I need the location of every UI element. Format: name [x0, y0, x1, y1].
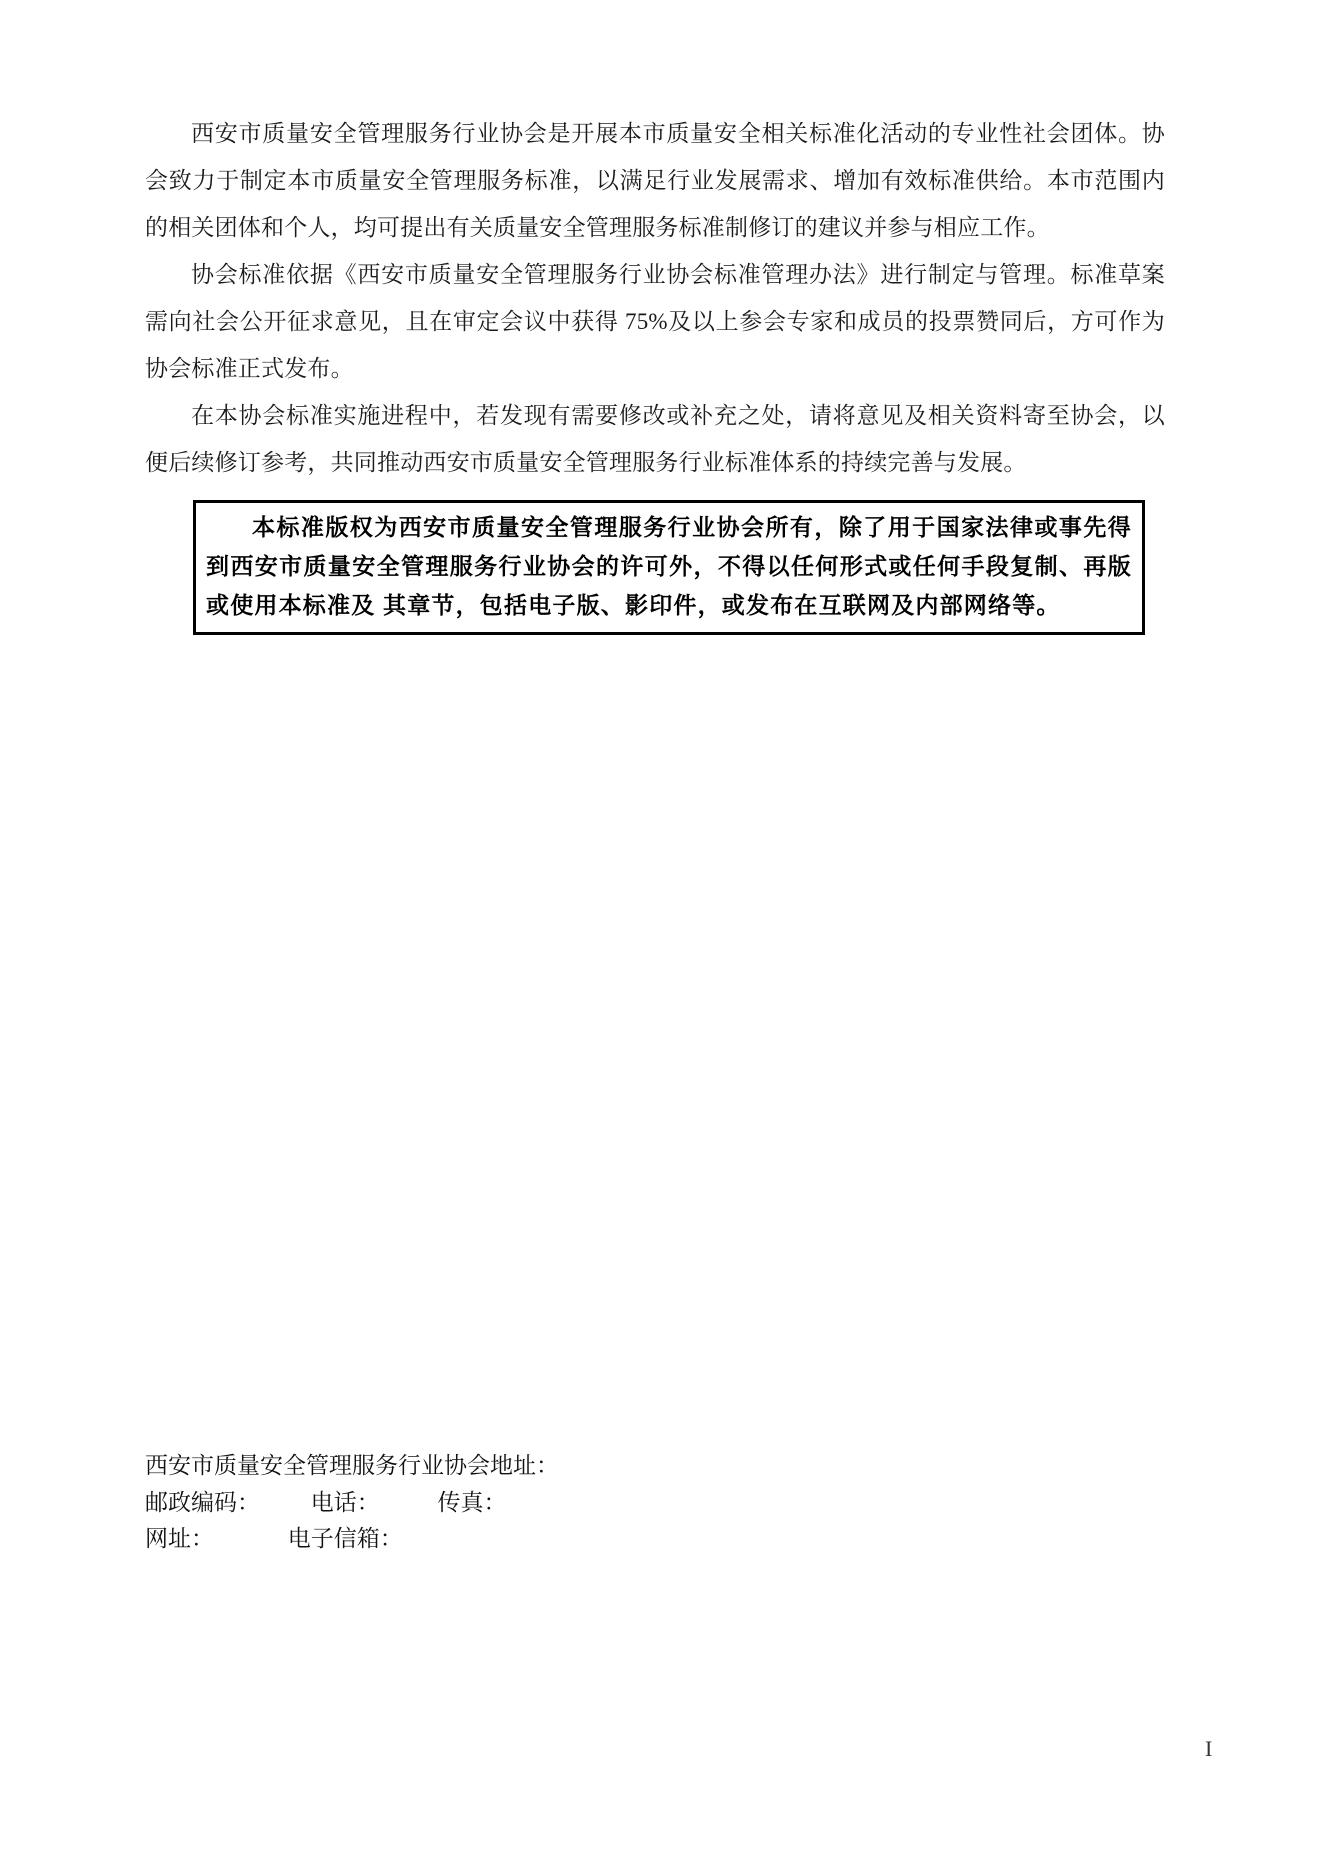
foreword-text-block: 西安市质量安全管理服务行业协会是开展本市质量安全相关标准化活动的专业性社会团体。…	[145, 110, 1165, 635]
postcode-label: 邮政编码：	[145, 1490, 260, 1515]
fax-label: 传真：	[438, 1490, 507, 1515]
email-label: 电子信箱：	[288, 1526, 403, 1551]
phone-label: 电话：	[311, 1490, 380, 1515]
contact-postcode-phone-fax-line: 邮政编码： 电话： 传真：	[145, 1485, 559, 1522]
website-label: 网址：	[145, 1526, 214, 1551]
page-number: I	[1205, 1736, 1212, 1762]
contact-info-block: 西安市质量安全管理服务行业协会地址： 邮政编码： 电话： 传真： 网址： 电子信…	[145, 1448, 559, 1558]
contact-address-line: 西安市质量安全管理服务行业协会地址：	[145, 1448, 559, 1485]
paragraph-feedback-request: 在本协会标准实施进程中，若发现有需要修改或补充之处，请将意见及相关资料寄至协会，…	[145, 392, 1165, 486]
paragraph-standard-procedure: 协会标准依据《西安市质量安全管理服务行业协会标准管理办法》进行制定与管理。标准草…	[145, 251, 1165, 392]
address-label: 西安市质量安全管理服务行业协会地址：	[145, 1453, 559, 1478]
document-page: 西安市质量安全管理服务行业协会是开展本市质量安全相关标准化活动的专业性社会团体。…	[0, 0, 1323, 1871]
paragraph-association-intro: 西安市质量安全管理服务行业协会是开展本市质量安全相关标准化活动的专业性社会团体。…	[145, 110, 1165, 251]
contact-website-email-line: 网址： 电子信箱：	[145, 1521, 559, 1558]
copyright-box: 本标准版权为西安市质量安全管理服务行业协会所有，除了用于国家法律或事先得到西安市…	[193, 500, 1145, 635]
copyright-notice-text: 本标准版权为西安市质量安全管理服务行业协会所有，除了用于国家法律或事先得到西安市…	[206, 508, 1132, 625]
